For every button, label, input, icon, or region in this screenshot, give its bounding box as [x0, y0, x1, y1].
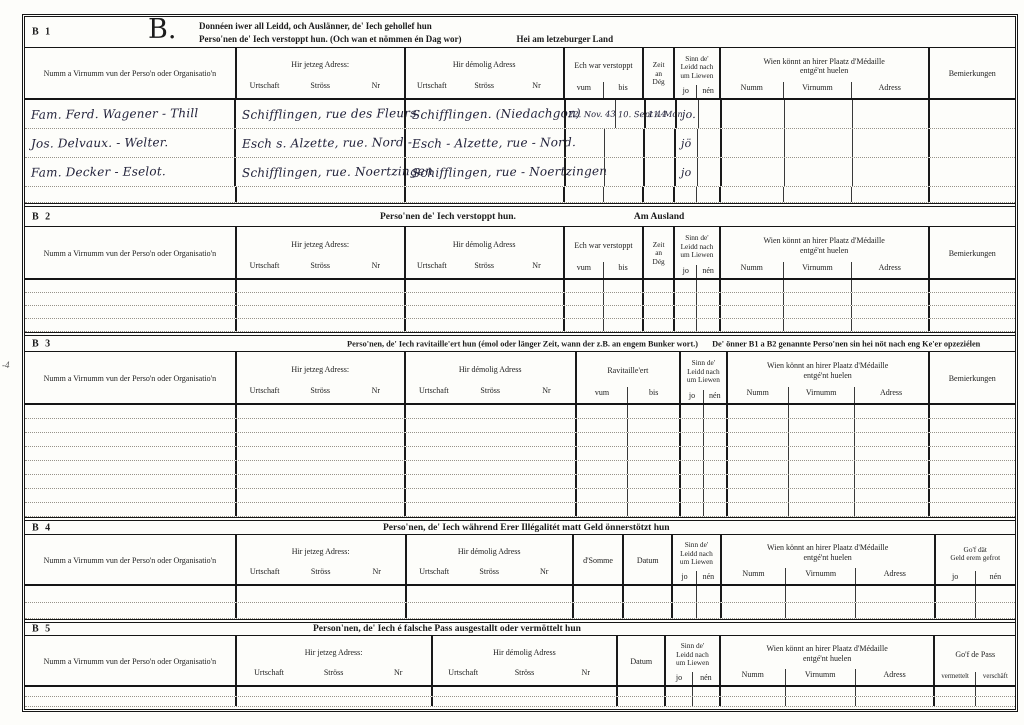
col-name-cell [25, 187, 235, 202]
col-wien-medaille-cell [726, 419, 928, 432]
nen-value-cell [703, 475, 726, 488]
bis-value-cell [627, 447, 679, 460]
col-wien-medaille-subheader: NummVirnummAdress [722, 568, 934, 584]
col-demolig-adress-cell: Esch - Alzette, rue - Nord. [404, 129, 564, 157]
nen-value-cell [703, 447, 726, 460]
section-body [25, 405, 1015, 517]
section-title-secondary: Am Ausland [634, 212, 684, 222]
col-ravitailleert-cell [575, 433, 679, 446]
section-title-text: Perso'nen de' Iech verstoppt hun. [380, 212, 516, 222]
numm-value-cell [721, 280, 783, 292]
col-name-cell: Fam. Decker - Eselot. [25, 158, 234, 186]
table-row [25, 280, 1015, 293]
col-name-cell [25, 461, 235, 474]
col-wien-medaille-cell [719, 280, 928, 292]
col-wien-medaille-cell [719, 293, 928, 305]
col-wien-medaille-label-line: Wien könnt an hirer Plaatz d'Médaille [767, 361, 888, 371]
col-zeit-an-deg-label: ZeitanDég [644, 227, 673, 278]
col-wien-medaille-subheader: NummVirnummAdress [721, 669, 934, 685]
stross-sublabel: Ströss [494, 667, 555, 685]
adress-value-cell [854, 405, 928, 418]
col-wien-medaille-cell [719, 697, 934, 706]
virnumm-value-cell [788, 405, 854, 418]
col-wien-medaille-label-line: entgé'nt huelen [803, 371, 851, 381]
jo-value-cell [936, 586, 975, 602]
section-title-band: B 2Perso'nen de' Iech verstoppt hun.Am A… [25, 207, 1015, 227]
col-jetzeg-adress-cell [235, 293, 404, 305]
col-sinn-leidd-cell [679, 405, 726, 418]
section-title-band: B 1B.Donnéen iwer all Leidd, och Auslänn… [25, 17, 1015, 48]
bis-value-cell [627, 433, 679, 446]
col-demolig-adress-header: Hir démolig AdressUrtschaftStrössNr [404, 48, 563, 98]
col-sinn-leidd-label: Sinn de'Leidd nachum Liewen [673, 535, 720, 571]
section-title-secondary: De' önner B1 a B2 genannte Perso'nen sin… [712, 339, 980, 348]
numm-value-cell [721, 293, 783, 305]
nen-sublabel: nén [696, 571, 720, 584]
bis-sublabel: bis [603, 82, 642, 98]
col-jetzeg-adress-label: Hir jetzeg Adress: [237, 636, 431, 667]
col-zeit-an-deg-label: ZeitanDég [644, 48, 673, 98]
col-zeit-an-deg-header: ZeitanDég [642, 227, 673, 278]
col-sinn-leidd-label: Sinn de'Leidd nachum Liewen [681, 352, 726, 390]
virnumm-sublabel: Virnumm [785, 669, 855, 685]
table-row [25, 419, 1015, 433]
adress-value-cell [854, 419, 928, 432]
urtschaft-sublabel: Urtschaft [237, 667, 302, 685]
col-name-label: Numm a Virnumm vun der Perso'n oder Orga… [25, 352, 235, 403]
col-name-cell [25, 603, 235, 619]
table-row [25, 603, 1015, 620]
col-datum-cell [622, 586, 671, 602]
col-wien-medaille-cell [720, 586, 934, 602]
bis-value-cell [604, 129, 643, 157]
section-title-text: Perso'nen, de' Iech während Erer Illégal… [383, 523, 670, 533]
numm-value-cell [728, 405, 788, 418]
jo-value-cell: jo [676, 158, 697, 186]
col-wien-medaille-cell [720, 100, 928, 128]
col-sinn-leidd-cell [679, 447, 726, 460]
col-sinn-leidd-label-line: um Liewen [680, 251, 713, 260]
numm-value-cell [721, 319, 783, 331]
col-name-cell [25, 306, 235, 318]
col-demolig-adress-cell: Schifflingen. (Niedachgon) [404, 100, 564, 128]
bis-sublabel: bis [603, 262, 642, 278]
vum-sublabel: vum [565, 262, 603, 278]
table-row [25, 447, 1015, 461]
jo-value: jo. [677, 107, 696, 120]
nen-value-cell [703, 503, 726, 516]
col-wien-medaille-label-line: Wien könnt an hirer Plaatz d'Médaille [763, 57, 884, 67]
col-jetzeg-adress-value: Esch s. Alzette, rue. Nord - [236, 135, 412, 151]
col-name-cell [25, 697, 235, 706]
col-ravitailleert-cell [575, 475, 679, 488]
bis-value-cell [604, 158, 643, 186]
col-bemierkungen-cell [928, 405, 1015, 418]
col-wien-medaille-cell [719, 319, 928, 331]
jo-sublabel: jo [675, 265, 696, 278]
col-demolig-adress-cell [431, 687, 617, 696]
virnumm-value-cell [785, 697, 855, 706]
urtschaft-sublabel: Urtschaft [237, 260, 293, 278]
col-wien-medaille-label: Wien könnt an hirer Plaatz d'Médailleent… [728, 352, 928, 387]
col-wien-medaille-label: Wien könnt an hirer Plaatz d'Médailleent… [722, 535, 934, 568]
col-gof-pass-cell [933, 697, 1015, 706]
adress-value-cell [854, 475, 928, 488]
col-name-label: Numm a Virnumm vun der Perso'n oder Orga… [25, 535, 235, 584]
numm-value-cell [728, 489, 788, 502]
col-zeit-an-deg-cell [642, 293, 673, 305]
nen-value-cell [696, 293, 718, 305]
col-demolig-adress-cell [404, 187, 563, 202]
col-zeit-an-deg-cell: 11. Mon [644, 100, 675, 128]
col-gof-geld-cell [934, 603, 1016, 619]
col-verstoppt-header: Ech war verstopptvumbis [563, 227, 643, 278]
nen-value-cell [696, 586, 720, 602]
col-sinn-leidd-cell: jö [674, 129, 720, 157]
col-wien-medaille-cell [720, 603, 934, 619]
section-b3: B 3Perso'nen, de' Iech ravitaille'ert hu… [25, 332, 1015, 517]
jo-value-cell [681, 447, 703, 460]
col-sinn-leidd-subheader: jonén [666, 672, 719, 685]
col-zeit-an-deg-label-line: Dég [653, 258, 665, 267]
col-jetzeg-adress-header: Hir jetzeg Adress:UrtschaftStrössNr [235, 636, 431, 685]
adress-sublabel: Adress [854, 387, 928, 403]
urtschaft-sublabel: Urtschaft [237, 385, 293, 403]
table-row [25, 503, 1015, 517]
col-name-cell [25, 447, 235, 460]
col-jetzeg-adress-cell: Schifflingen, rue des Fleurs [234, 100, 404, 128]
col-bemierkungen-cell [928, 419, 1015, 432]
stross-sublabel: Ströss [462, 385, 518, 403]
nen-sublabel: nén [696, 85, 718, 98]
adress-value-cell [851, 306, 927, 318]
col-jetzeg-adress-cell [235, 603, 405, 619]
col-ravitailleert-cell [575, 461, 679, 474]
col-gof-pass-header: Go'f de Passvermetteltverschäft [933, 636, 1015, 685]
numm-value-cell [728, 419, 788, 432]
jo-value-cell [666, 697, 692, 706]
jo-value-cell [666, 687, 692, 696]
col-bemierkungen-cell [928, 293, 1015, 305]
jo-value-cell [675, 280, 696, 292]
bis-value-cell [627, 461, 679, 474]
bis-sublabel: bis [627, 387, 679, 403]
col-bemierkungen-cell [928, 319, 1015, 331]
col-sinn-leidd-cell [679, 433, 726, 446]
col-demolig-adress-cell [404, 447, 575, 460]
col-name-value: Fam. Ferd. Wagener - Thill [25, 106, 199, 122]
col-demolig-adress-cell [405, 586, 572, 602]
col-bemierkungen-label: Bemierkungen [930, 352, 1015, 403]
col-demolig-adress-cell [431, 697, 617, 706]
col-wien-medaille-cell [726, 475, 928, 488]
col-sinn-leidd-label-line: um Liewen [680, 558, 713, 567]
col-name-label: Numm a Virnumm vun der Perso'n oder Orga… [25, 636, 235, 685]
col-wien-medaille-cell [726, 489, 928, 502]
col-name-header: Numm a Virnumm vun der Perso'n oder Orga… [25, 352, 235, 403]
col-wien-medaille-header: Wien könnt an hirer Plaatz d'Médailleent… [720, 535, 934, 584]
vum-value-cell [577, 503, 628, 516]
stross-sublabel: Ströss [292, 385, 348, 403]
nr-sublabel: Nr [366, 667, 431, 685]
col-jetzeg-adress-cell [235, 475, 404, 488]
nr-sublabel: Nr [349, 566, 405, 584]
virnumm-value-cell [788, 419, 854, 432]
section-title-band: B 5Person'nen, de' Iech é falsche Pass a… [25, 623, 1015, 636]
title-line-2: Perso'nen de' Iech verstoppt hun. (Och w… [199, 33, 613, 46]
numm-sublabel: Numm [722, 568, 786, 584]
col-wien-medaille-label-line: entgé'nt huelen [800, 246, 848, 256]
adress-value-cell [855, 586, 933, 602]
nen-sublabel: nén [692, 672, 719, 685]
col-sinn-leidd-cell [673, 306, 719, 318]
col-datum-label: Datum [624, 535, 671, 584]
col-verstoppt-cell [563, 293, 643, 305]
col-sinn-leidd-label-line: um Liewen [680, 72, 713, 81]
urtschaft-sublabel: Urtschaft [237, 566, 293, 584]
col-name-cell [25, 280, 235, 292]
col-jetzeg-adress-cell [235, 405, 404, 418]
col-demolig-adress-label: Hir démolig Adress [433, 636, 617, 667]
col-somme-label: d'Somme [574, 535, 623, 584]
col-jetzeg-adress-cell [235, 419, 404, 432]
col-sinn-leidd-cell [671, 603, 720, 619]
section-header-row: Numm a Virnumm vun der Perso'n oder Orga… [25, 48, 1015, 100]
table-row [25, 319, 1015, 332]
virnumm-value-cell [784, 158, 852, 186]
jo-value-cell [681, 503, 703, 516]
col-sinn-leidd-cell [679, 461, 726, 474]
section-b2: B 2Perso'nen de' Iech verstoppt hun.Am A… [25, 203, 1015, 332]
table-row [25, 293, 1015, 306]
numm-value-cell [721, 187, 783, 202]
numm-value-cell [722, 129, 784, 157]
col-wien-medaille-label: Wien könnt an hirer Plaatz d'Médailleent… [721, 48, 928, 82]
section-body [25, 687, 1015, 707]
bis-value-cell [627, 489, 679, 502]
nr-sublabel: Nr [555, 667, 616, 685]
virnumm-value-cell [784, 100, 852, 128]
nr-sublabel: Nr [510, 260, 562, 278]
nen-value-cell [703, 489, 726, 502]
vum-value-cell [565, 306, 603, 318]
stross-sublabel: Ströss [458, 80, 510, 98]
col-verstoppt-cell: 22. Nov. 4310. Sept 44 [564, 100, 644, 128]
verschaft-sublabel: verschäft [975, 672, 1015, 685]
virnumm-value-cell [788, 475, 854, 488]
col-verstoppt-cell [564, 158, 643, 186]
vum-sublabel: vum [577, 387, 628, 403]
col-wien-medaille-cell [726, 503, 928, 516]
section-header-row: Numm a Virnumm vun der Perso'n oder Orga… [25, 636, 1015, 687]
section-body: Fam. Ferd. Wagener - ThillSchifflingen, … [25, 100, 1015, 203]
nen-value-cell [703, 405, 726, 418]
nen-value-cell [696, 603, 720, 619]
verschaft-value-cell [975, 687, 1015, 696]
table-row [25, 306, 1015, 319]
section-header-row: Numm a Virnumm vun der Perso'n oder Orga… [25, 352, 1015, 405]
section-title: Perso'nen, de' Iech ravitaille'ert hun (… [347, 339, 980, 348]
vum-value-cell [577, 419, 628, 432]
numm-value-cell [722, 100, 784, 128]
bis-value-cell [627, 419, 679, 432]
vum-value-cell [565, 187, 603, 202]
section-code: B 1 [32, 27, 52, 38]
jo-sublabel: jo [936, 571, 975, 584]
adress-value-cell [854, 461, 928, 474]
col-wien-medaille-label-line: Wien könnt an hirer Plaatz d'Médaille [766, 644, 887, 654]
nr-sublabel: Nr [348, 385, 404, 403]
col-ravitailleert-subheader: vumbis [577, 387, 679, 403]
col-jetzeg-adress-cell [235, 697, 431, 706]
vum-value-cell [577, 405, 628, 418]
col-demolig-adress-cell [405, 603, 572, 619]
col-somme-cell [572, 586, 623, 602]
numm-sublabel: Numm [721, 82, 783, 98]
section-code: B 4 [32, 522, 52, 533]
vermettelt-value-cell [935, 697, 974, 706]
jo-sublabel: jo [681, 390, 703, 403]
nen-value-cell [697, 158, 719, 186]
col-sinn-leidd-label: Sinn de'Leidd nachum Liewen [666, 636, 719, 672]
jo-value-cell [681, 489, 703, 502]
jo-value-cell [681, 419, 703, 432]
adress-value-cell [852, 129, 928, 157]
adress-value-cell [855, 697, 934, 706]
jo-value-cell [675, 293, 696, 305]
virnumm-value-cell [783, 293, 851, 305]
form-sheet: B 1B.Donnéen iwer all Leidd, och Auslänn… [22, 14, 1018, 712]
col-gof-geld-header: Go'f dätGeld erem gefrotjonén [934, 535, 1016, 584]
numm-value-cell [728, 503, 788, 516]
col-datum-header: Datum [616, 636, 664, 685]
adress-value-cell [851, 293, 927, 305]
adress-value-cell [854, 433, 928, 446]
col-wien-medaille-label-line: entgé'nt huelen [803, 654, 851, 664]
numm-value-cell [721, 306, 783, 318]
col-sinn-leidd-header: Sinn de'Leidd nachum Liewenjonén [673, 48, 719, 98]
col-jetzeg-adress-cell [235, 687, 431, 696]
col-sinn-leidd-header: Sinn de'Leidd nachum Liewenjonén [679, 352, 726, 403]
col-zeit-an-deg-cell [642, 187, 673, 202]
col-demolig-adress-subheader: UrtschaftStrössNr [407, 566, 572, 584]
urtschaft-sublabel: Urtschaft [407, 566, 462, 584]
title-line-1: Donnéen iwer all Leidd, och Auslänner, d… [199, 20, 613, 33]
col-sinn-leidd-cell: jo [674, 158, 720, 186]
col-jetzeg-adress-label: Hir jetzeg Adress: [237, 352, 404, 385]
col-sinn-leidd-cell [679, 475, 726, 488]
section-header-row: Numm a Virnumm vun der Perso'n oder Orga… [25, 227, 1015, 280]
col-demolig-adress-header: Hir démolig AdressUrtschaftStrössNr [431, 636, 617, 685]
jo-value-cell: jo. [677, 100, 698, 128]
stross-sublabel: Ströss [292, 80, 348, 98]
section-title: Perso'nen, de' Iech während Erer Illégal… [383, 523, 670, 533]
col-jetzeg-adress-cell: Esch s. Alzette, rue. Nord - [234, 129, 404, 157]
virnumm-value-cell [785, 687, 855, 696]
col-jetzeg-adress-subheader: UrtschaftStrössNr [237, 566, 405, 584]
jo-value: jö [676, 136, 692, 149]
col-verstoppt-subheader: vumbis [565, 262, 643, 278]
title-line-2-text: Perso'nen de' Iech verstoppt hun. (Och w… [199, 34, 462, 44]
col-sinn-leidd-header: Sinn de'Leidd nachum Liewenjonén [671, 535, 720, 584]
col-jetzeg-adress-header: Hir jetzeg Adress:UrtschaftStrössNr [235, 352, 404, 403]
col-somme-cell [572, 603, 623, 619]
col-name-cell [25, 405, 235, 418]
virnumm-value-cell [785, 603, 855, 619]
col-bemierkungen-cell [928, 461, 1015, 474]
col-zeit-an-deg-cell [642, 280, 673, 292]
col-jetzeg-adress-cell [235, 447, 404, 460]
numm-value-cell [722, 158, 784, 186]
virnumm-value-cell [788, 503, 854, 516]
col-datum-cell [622, 603, 671, 619]
col-name-cell [25, 489, 235, 502]
col-jetzeg-adress-label: Hir jetzeg Adress: [237, 48, 404, 80]
virnumm-sublabel: Virnumm [785, 568, 855, 584]
col-demolig-adress-cell [404, 461, 575, 474]
col-wien-medaille-header: Wien könnt an hirer Plaatz d'Médailleent… [719, 227, 928, 278]
col-name-header: Numm a Virnumm vun der Perso'n oder Orga… [25, 535, 235, 584]
col-verstoppt-cell [563, 187, 643, 202]
nr-sublabel: Nr [510, 80, 562, 98]
col-sinn-leidd-subheader: jonén [673, 571, 720, 584]
virnumm-value-cell [783, 306, 851, 318]
section-body [25, 586, 1015, 619]
urtschaft-sublabel: Urtschaft [433, 667, 494, 685]
col-sinn-leidd-label-line: um Liewen [687, 376, 720, 385]
col-demolig-adress-cell [404, 433, 575, 446]
virnumm-value-cell [788, 461, 854, 474]
virnumm-value-cell [788, 489, 854, 502]
col-demolig-adress-header: Hir démolig AdressUrtschaftStrössNr [405, 535, 572, 584]
col-wien-medaille-label: Wien könnt an hirer Plaatz d'Médailleent… [721, 636, 934, 669]
col-gof-pass-cell [933, 687, 1015, 696]
col-jetzeg-adress-cell [235, 586, 405, 602]
col-name-cell [25, 293, 235, 305]
col-wien-medaille-header: Wien könnt an hirer Plaatz d'Médailleent… [719, 48, 928, 98]
col-sinn-leidd-cell [673, 187, 719, 202]
numm-value-cell [728, 433, 788, 446]
bis-value-cell [627, 475, 679, 488]
col-name-header: Numm a Virnumm vun der Perso'n oder Orga… [25, 48, 235, 98]
adress-value-cell [851, 319, 927, 331]
col-ravitailleert-cell [575, 489, 679, 502]
col-verstoppt-cell [564, 129, 643, 157]
table-row [25, 475, 1015, 489]
col-bemierkungen-cell [928, 433, 1015, 446]
col-name-cell: Fam. Ferd. Wagener - Thill [25, 100, 234, 128]
col-verstoppt-label: Ech war verstoppt [565, 48, 643, 82]
col-jetzeg-adress-cell [235, 433, 404, 446]
numm-value-cell [728, 447, 788, 460]
bis-value-cell [627, 405, 679, 418]
jo-sublabel: jo [675, 85, 696, 98]
vermettelt-sublabel: vermettelt [935, 672, 974, 685]
col-jetzeg-adress-header: Hir jetzeg Adress:UrtschaftStrössNr [235, 48, 404, 98]
bis-value-cell [603, 319, 642, 331]
nen-sublabel: nén [975, 571, 1015, 584]
col-wien-medaille-cell [719, 187, 928, 202]
col-demolig-adress-cell: Schifflingen, rue - Noertzingen [404, 158, 564, 186]
col-wien-medaille-cell [719, 306, 928, 318]
col-jetzeg-adress-cell [235, 187, 404, 202]
numm-value-cell [722, 603, 786, 619]
nen-sublabel: nén [696, 265, 718, 278]
adress-sublabel: Adress [855, 568, 933, 584]
col-demolig-adress-label: Hir démolig Adress [407, 535, 572, 566]
numm-sublabel: Numm [721, 669, 785, 685]
section-title: Person'nen, de' Iech é falsche Pass ausg… [313, 624, 581, 634]
